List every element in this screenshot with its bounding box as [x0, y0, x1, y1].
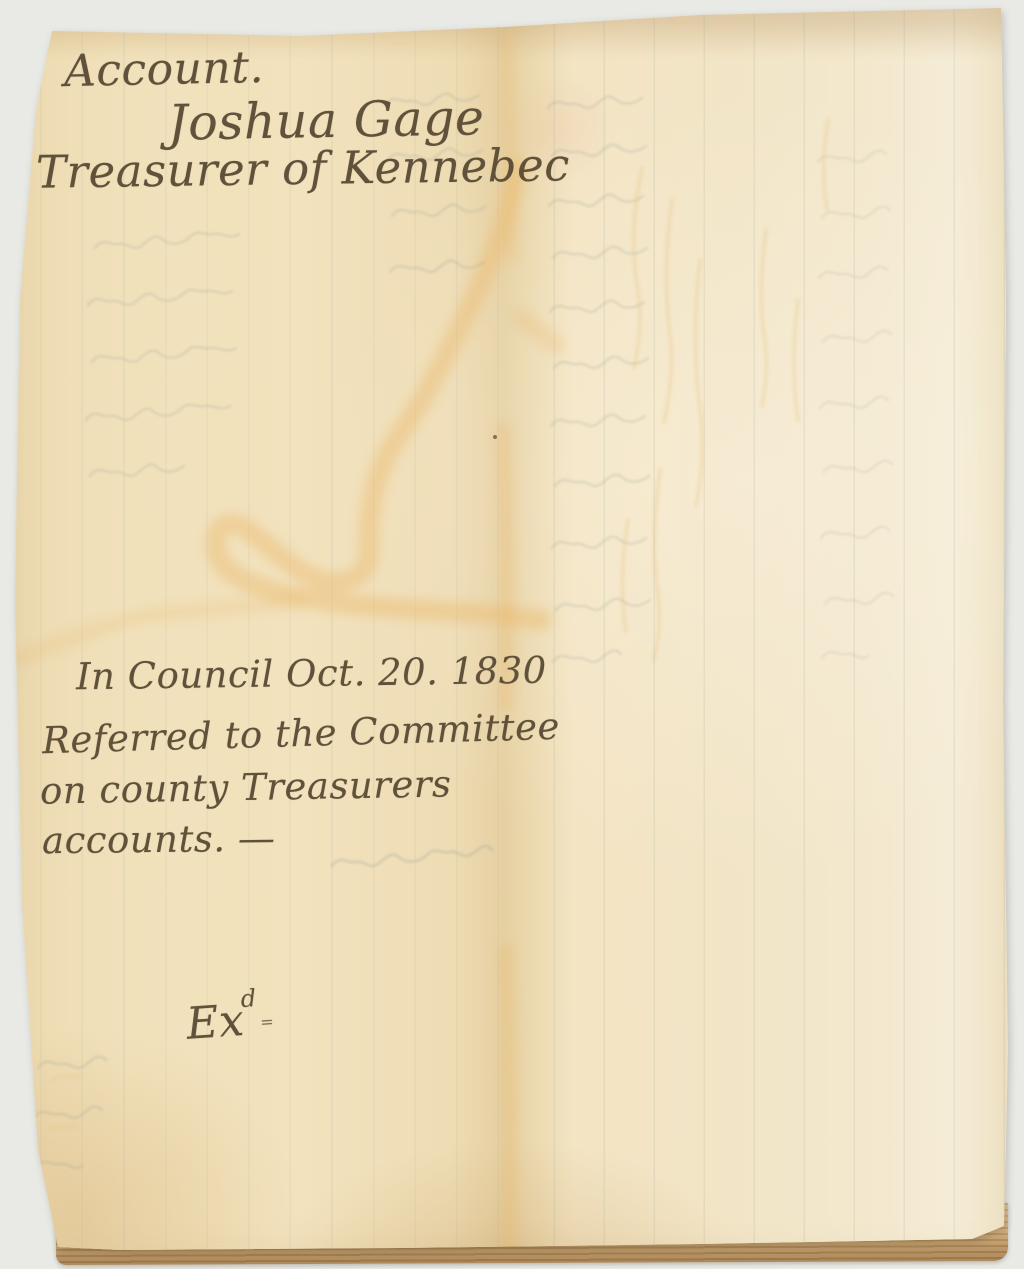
paper-edge-vignette: [0, 0, 1024, 1269]
paper-wrap: Account. Joshua Gage Treasurer of Kenneb…: [0, 0, 1024, 1269]
manuscript-page: Account. Joshua Gage Treasurer of Kenneb…: [0, 0, 1024, 1269]
scanned-document-photo: Account. Joshua Gage Treasurer of Kenneb…: [0, 0, 1024, 1269]
